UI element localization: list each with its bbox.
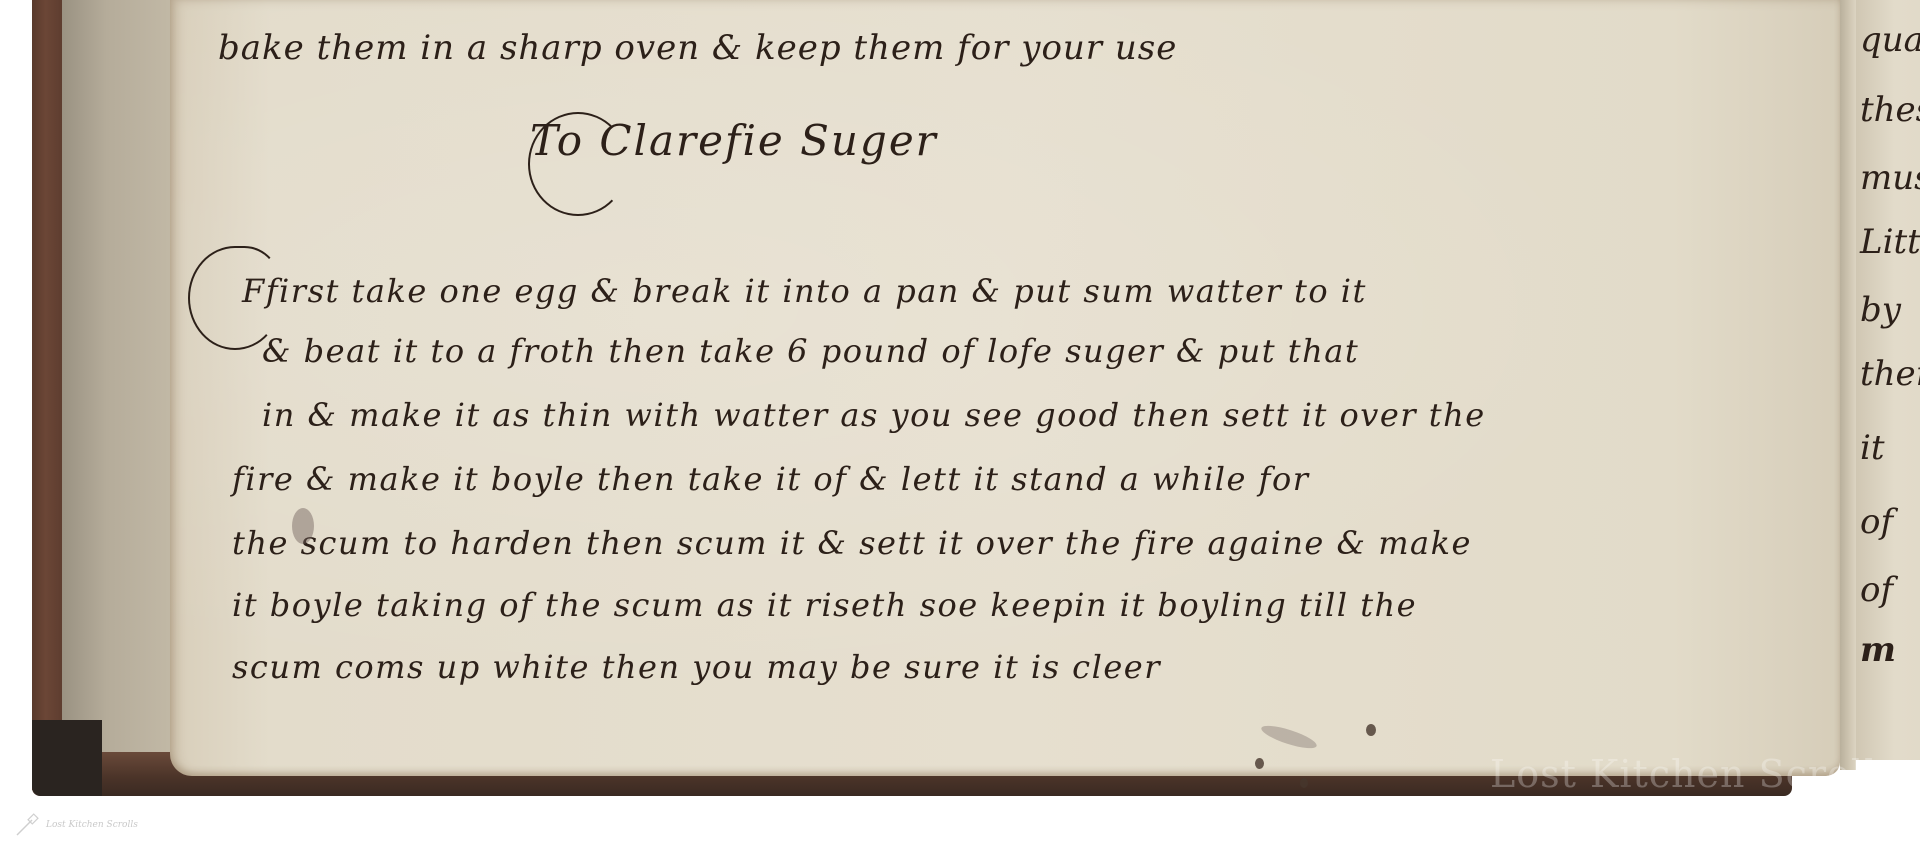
recipe-line: in & make it as thin with watter as you … — [262, 396, 1486, 434]
facing-page-fragment: of — [1860, 570, 1893, 610]
facing-page-fragment: Little — [1860, 222, 1920, 262]
recipe-line: Ffirst take one egg & break it into a pa… — [242, 272, 1367, 310]
recipe-line: & beat it to a froth then take 6 pound o… — [262, 332, 1359, 370]
page-gutter — [1840, 0, 1856, 770]
corner-watermark-text: Lost Kitchen Scrolls — [46, 820, 138, 830]
recipe-line: scum coms up white then you may be sure … — [232, 648, 1161, 686]
book-cover-corner — [32, 720, 102, 796]
facing-page-fragment: musk — [1860, 158, 1920, 198]
recipe-title: To Clarefie Suger — [530, 116, 938, 165]
recipe-line: it boyle taking of the scum as it riseth… — [232, 586, 1417, 624]
previous-recipe-ending: bake them in a sharp oven & keep them fo… — [218, 28, 1177, 68]
worm-hole — [1259, 721, 1318, 752]
book-cover-spine — [32, 0, 66, 790]
manuscript-book: bake them in a sharp oven & keep them fo… — [32, 0, 1920, 796]
facing-page-fragment: of — [1860, 502, 1893, 542]
recipe-line: fire & make it boyle then take it of & l… — [232, 460, 1310, 498]
facing-page-fragment: by — [1860, 290, 1901, 330]
facing-page-fragment: m — [1860, 630, 1896, 670]
facing-page: quar these musk Little by then it of of … — [1856, 0, 1920, 760]
worm-hole — [1366, 724, 1376, 736]
corner-watermark: Lost Kitchen Scrolls — [14, 812, 138, 838]
facing-page-fragment: it — [1860, 428, 1885, 468]
ink-smudge — [292, 508, 314, 544]
quill-pen-icon — [14, 812, 40, 838]
worm-hole — [1300, 778, 1308, 788]
recipe-line: the scum to harden then scum it & sett i… — [232, 524, 1472, 562]
facing-page-fragment: quar — [1860, 20, 1920, 60]
pastedown-endpaper — [62, 0, 174, 760]
facing-page-fragment: these — [1860, 90, 1920, 130]
facing-page-fragment: then — [1860, 354, 1920, 394]
worm-hole — [1255, 758, 1264, 769]
page-watermark: Lost Kitchen Scrolls — [1490, 752, 1898, 796]
manuscript-page: bake them in a sharp oven & keep them fo… — [170, 0, 1840, 776]
